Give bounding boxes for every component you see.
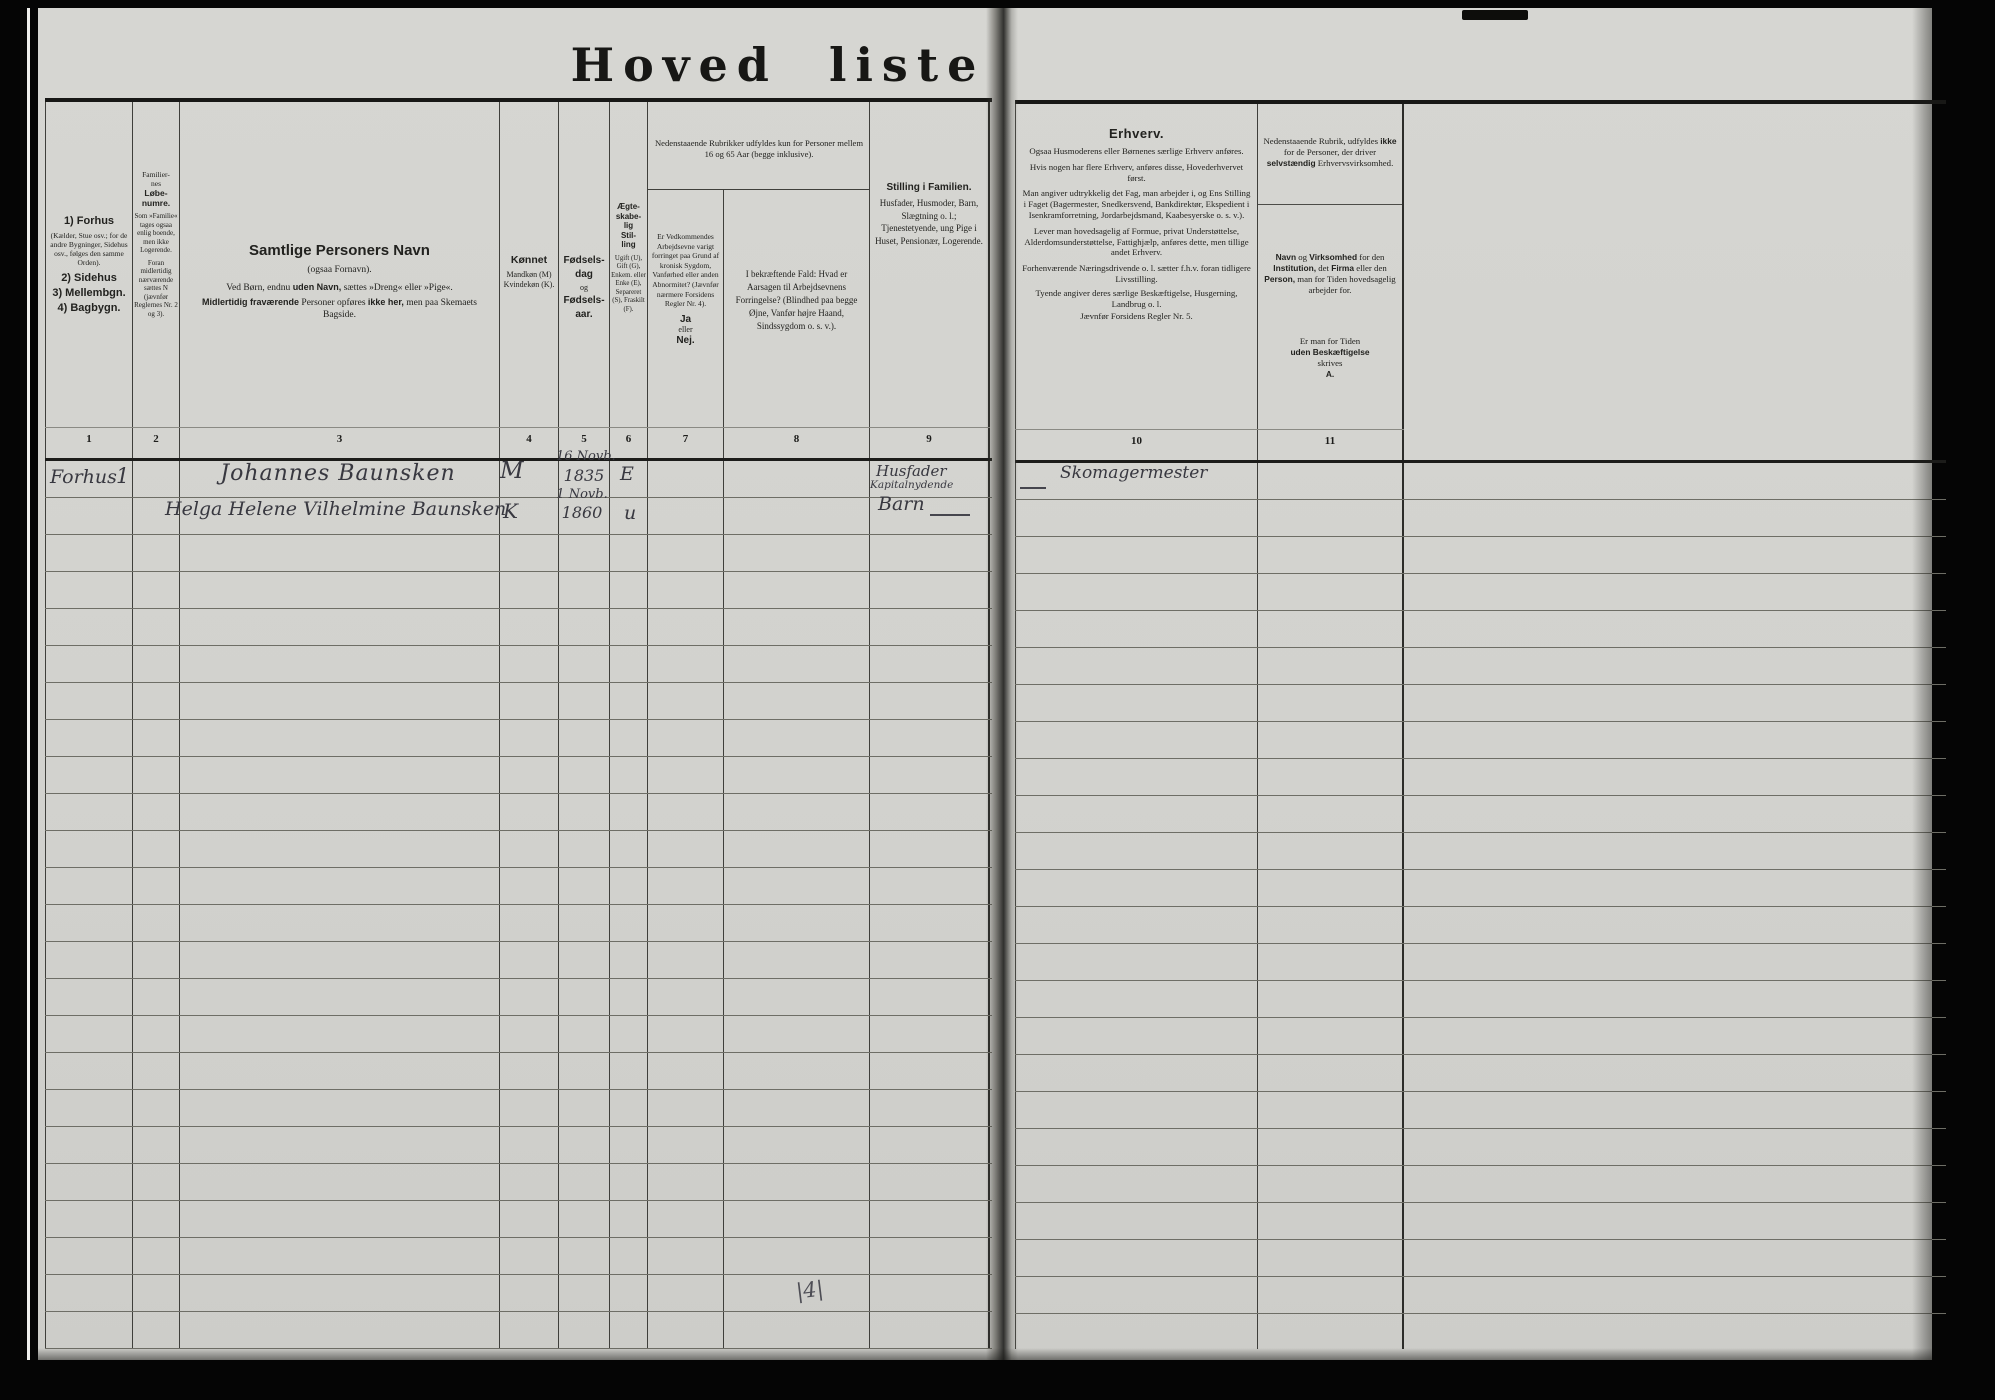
header-position-body: Husfader, Husmoder, Barn, Slægtning o. l… bbox=[870, 197, 988, 247]
header-family-note-1: Som »Familie« tages ogsaa enlig boende, … bbox=[133, 212, 179, 255]
number-row-line-right bbox=[1015, 429, 1404, 430]
header-birth-og: og bbox=[559, 282, 609, 294]
col-number-9: 9 bbox=[870, 433, 988, 445]
entry-birthyear-1: 1835 bbox=[556, 466, 612, 485]
header-employer-bottom: Er man for Tiden uden Beskæftigelse skri… bbox=[1258, 336, 1402, 380]
header-employer-mid: Navn og Virksomhed for den Institution, … bbox=[1258, 252, 1402, 296]
header-mellembgn: 3) Mellembgn. bbox=[46, 286, 132, 301]
employer-mid-j: man for Tiden hovedsagelig arbejder for. bbox=[1295, 274, 1396, 295]
entry-birthyear-2: 1860 bbox=[554, 503, 610, 522]
header-birth-1: Fødsels- bbox=[559, 254, 609, 268]
header-birth-2: dag bbox=[559, 268, 609, 282]
number-row-line-left bbox=[45, 427, 990, 428]
col-number-8: 8 bbox=[724, 433, 869, 445]
header-forhus-note: (Kælder, Stue osv.; for de andre Bygning… bbox=[47, 231, 131, 267]
employer-mid-i: Person, bbox=[1264, 274, 1295, 284]
employer-mid-e: Institution, bbox=[1273, 263, 1316, 273]
paper: Hoved liste 1) Forhus (Kælder, Stue osv.… bbox=[38, 8, 1932, 1360]
entry-name-2: Helga Helene Vilhelmine Baunsken bbox=[165, 498, 495, 520]
names-line2-c: ikke her, bbox=[368, 297, 404, 307]
header-familiernes-1: Familier- bbox=[133, 170, 179, 179]
header-birth-3: Fødsels- bbox=[559, 294, 609, 308]
employer-top-d: selvstændig bbox=[1267, 158, 1316, 168]
header-names-line1: Ved Børn, endnu uden Navn, sættes »Dreng… bbox=[180, 281, 499, 294]
header-sidehus: 2) Sidehus bbox=[46, 271, 132, 286]
ruled-rows-left bbox=[45, 461, 992, 1349]
employer-bot-4: A. bbox=[1326, 369, 1334, 379]
film-edge-line bbox=[27, 8, 30, 1360]
employer-top-e: Erhvervsvirksomhed. bbox=[1316, 158, 1394, 168]
header-marital-t5: ling bbox=[610, 240, 647, 250]
entry-marital-1: E bbox=[620, 463, 634, 485]
header-familiernes-2: nes bbox=[133, 179, 179, 188]
header-marital-t4: Stil- bbox=[610, 231, 647, 241]
names-line1-a: Ved Børn, endnu bbox=[226, 283, 293, 293]
col-number-6: 6 bbox=[610, 433, 647, 445]
employer-mid-b: og bbox=[1296, 252, 1309, 262]
entry-sex-2: K bbox=[503, 499, 518, 523]
col-number-3: 3 bbox=[180, 433, 499, 445]
header-sex-body: Mandkøn (M) Kvindekøn (K). bbox=[500, 270, 558, 290]
header-erhverv-p5: Forhenværende Næringsdrivende o. l. sætt… bbox=[1016, 263, 1257, 285]
header-marital-t3: lig bbox=[610, 221, 647, 231]
col-number-7: 7 bbox=[648, 433, 723, 445]
header-employer-top: Nedenstaaende Rubrik, udfyldes ikke for … bbox=[1258, 136, 1402, 169]
entry-occupation-dash bbox=[1020, 487, 1046, 489]
header-erhverv-p6: Tyende angiver deres særlige Beskæftigel… bbox=[1016, 288, 1257, 310]
names-line1-c: sættes »Dreng« eller »Pige«. bbox=[341, 283, 453, 293]
employer-mid-g: Firma bbox=[1331, 263, 1354, 273]
employer-mid-c: Virksomhed bbox=[1309, 252, 1357, 262]
entry-family-number: 1 bbox=[116, 464, 129, 488]
header-lobenumre-1: Løbe- bbox=[133, 188, 179, 198]
header-names-sub: (ogsaa Fornavn). bbox=[180, 265, 499, 275]
names-line2-a: Midlertidig fraværende bbox=[202, 297, 299, 307]
col-number-2: 2 bbox=[133, 433, 179, 445]
col-number-11: 11 bbox=[1258, 435, 1402, 447]
employer-divider bbox=[1258, 204, 1402, 205]
col-number-10: 10 bbox=[1016, 435, 1257, 447]
entry-position-dash bbox=[930, 514, 970, 516]
scanned-census-sheet: Hoved liste 1) Forhus (Kælder, Stue osv.… bbox=[0, 0, 1995, 1400]
names-line2-b: Personer opføres bbox=[299, 298, 368, 308]
header-family-note-2: Foran midlertidig nærværende sættes N (j… bbox=[133, 259, 179, 319]
employer-mid-f: det bbox=[1316, 263, 1331, 273]
header-marital-t1: Ægte- bbox=[610, 202, 647, 212]
pencil-mark: |4| bbox=[795, 1276, 825, 1303]
header-erhverv-p3: Man angiver udtrykkelig det Fag, man arb… bbox=[1016, 188, 1257, 220]
page-gutter bbox=[986, 8, 1018, 1360]
entry-birthday-1: 16 Novb. bbox=[556, 449, 612, 464]
header-erhverv-p7: Jævnfør Forsidens Regler Nr. 5. bbox=[1016, 311, 1257, 322]
header-birth-4: aar. bbox=[559, 308, 609, 322]
employer-top-a: Nedenstaaende Rubrik, udfyldes bbox=[1263, 136, 1380, 146]
header-eller: eller bbox=[648, 325, 723, 335]
header-erhverv-p1: Ogsaa Husmoderens eller Børnenes særlige… bbox=[1016, 146, 1257, 157]
header-names-title: Samtlige Personers Navn bbox=[180, 242, 499, 259]
ruled-rows-right bbox=[1015, 463, 1946, 1349]
employer-bot-2: uden Beskæftigelse bbox=[1290, 347, 1369, 357]
col-number-1: 1 bbox=[46, 433, 132, 445]
header-marital-body: Ugift (U), Gift (G), Enkem. eller Enke (… bbox=[610, 255, 647, 315]
entry-name-1: Johannes Baunsken bbox=[188, 461, 488, 486]
scan-artifact bbox=[1462, 10, 1528, 20]
header-names-line2: Midlertidig fraværende Personer opføres … bbox=[180, 296, 499, 321]
page-edge-shadow bbox=[1912, 8, 1932, 1360]
header-erhverv-p2: Hvis nogen har flere Erhverv, anføres di… bbox=[1016, 162, 1257, 184]
employer-mid-h: eller den bbox=[1354, 263, 1387, 273]
header-cause-body: I bekræftende Fald: Hvad er Aarsagen til… bbox=[724, 268, 869, 333]
entry-sex-1: M bbox=[500, 458, 524, 484]
col-number-4: 4 bbox=[500, 433, 558, 445]
page-bottom-shadow bbox=[38, 1348, 1932, 1360]
right-page-table: Erhverv. Ogsaa Husmoderens eller Børnene… bbox=[1015, 100, 1946, 1349]
header-sex-title: Kønnet bbox=[500, 254, 558, 266]
entry-birthday-2: 1 Novb. bbox=[554, 487, 610, 502]
names-line1-b: uden Navn, bbox=[293, 282, 342, 292]
header-ja: Ja bbox=[648, 314, 723, 325]
entry-position-1-note: Kapitalnydende bbox=[870, 479, 953, 491]
entry-position-2: Barn bbox=[878, 493, 925, 515]
header-bagbygn: 4) Bagbygn. bbox=[46, 301, 132, 316]
employer-bot-1: Er man for Tiden bbox=[1263, 336, 1397, 347]
header-workability-body: Er Vedkommendes Arbejdsevne varigt forri… bbox=[648, 232, 723, 309]
employer-top-b: ikke bbox=[1380, 136, 1396, 146]
col-number-5: 5 bbox=[559, 433, 609, 445]
header-nej: Nej. bbox=[648, 335, 723, 346]
header-marital-t2: skabe- bbox=[610, 212, 647, 222]
employer-mid-d: for den bbox=[1357, 252, 1384, 262]
header-erhverv-p4: Lever man hovedsagelig af Formue, privat… bbox=[1016, 226, 1257, 258]
entry-building: Forhus bbox=[50, 466, 117, 488]
header-position-title: Stilling i Familien. bbox=[870, 182, 988, 193]
left-page-table: 1) Forhus (Kælder, Stue osv.; for de and… bbox=[45, 98, 992, 1349]
employer-top-c: for de Personer, der driver bbox=[1284, 147, 1376, 157]
entry-marital-2: u bbox=[624, 502, 636, 524]
header-forhus: 1) Forhus bbox=[46, 214, 132, 229]
entry-position-1: Husfader bbox=[876, 462, 947, 480]
header-lobenumre-2: numre. bbox=[133, 198, 179, 208]
entry-occupation-1: Skomagermester bbox=[1060, 463, 1207, 483]
employer-bot-3: skrives bbox=[1263, 358, 1397, 369]
employer-mid-a: Navn bbox=[1276, 252, 1296, 262]
header-erhverv-title: Erhverv. bbox=[1016, 126, 1257, 141]
